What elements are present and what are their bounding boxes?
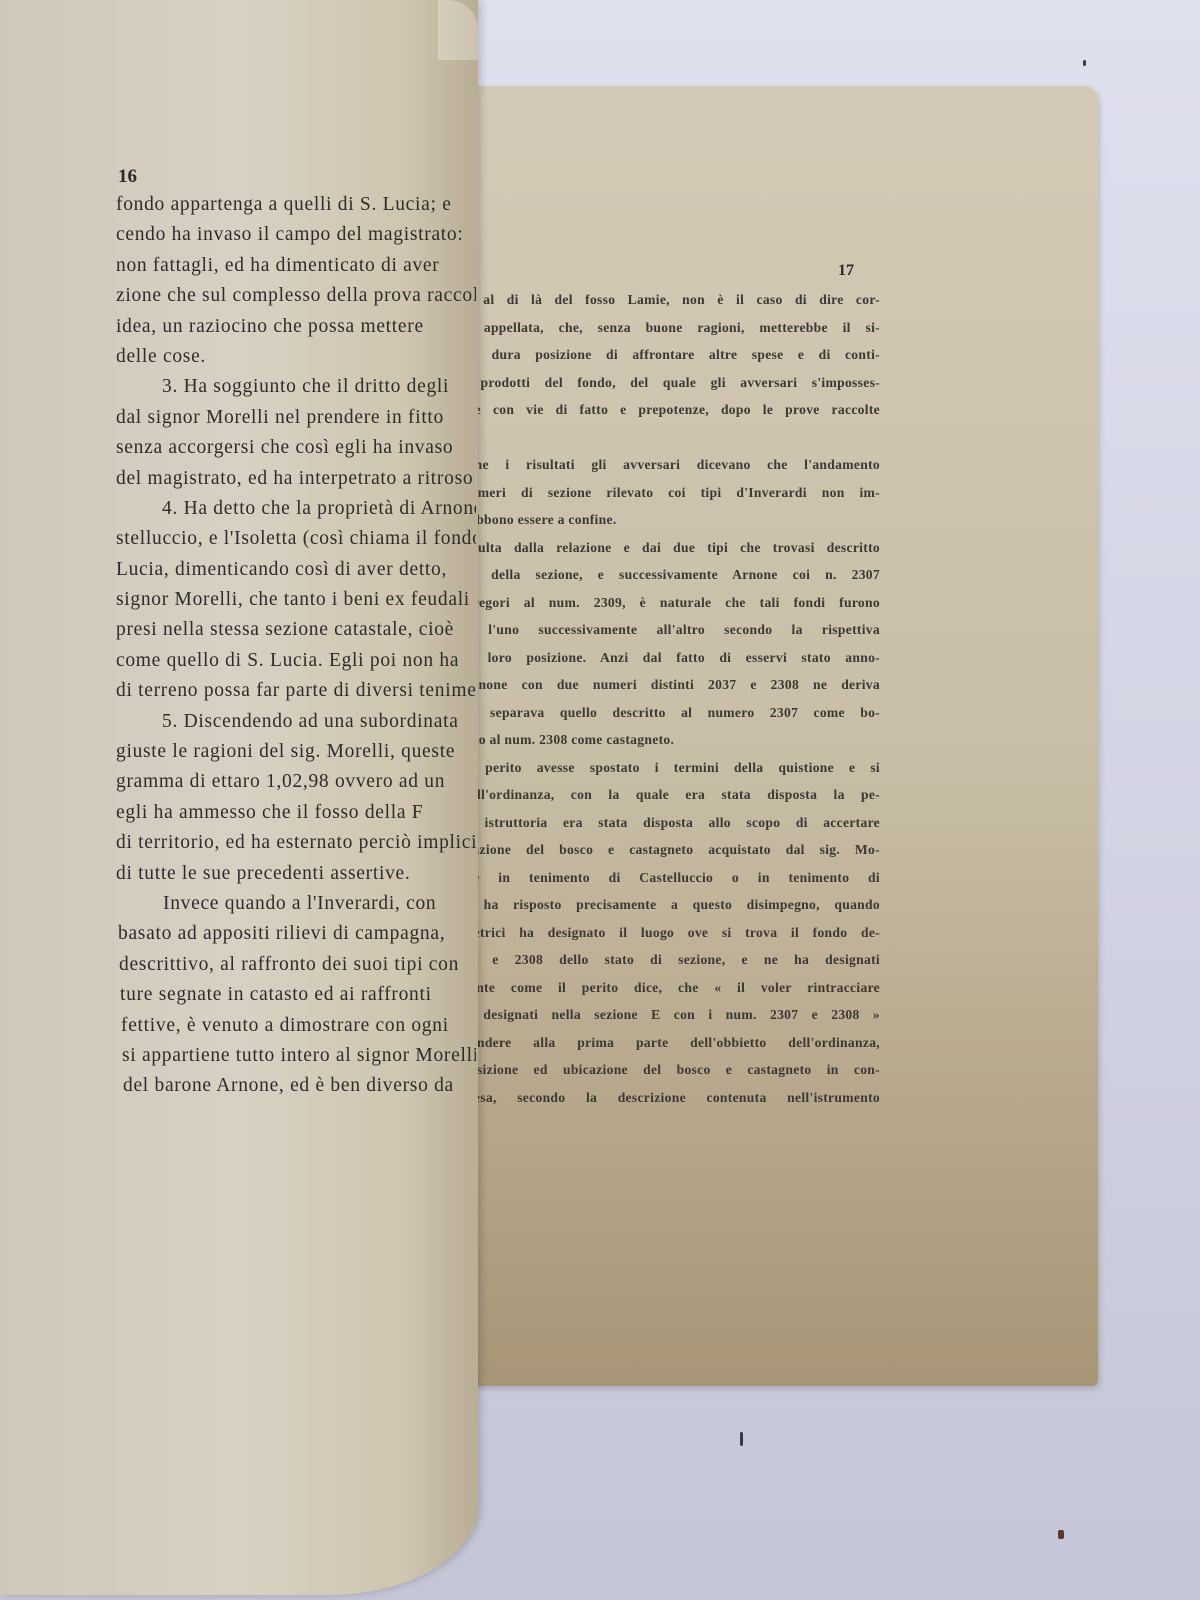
left-page-body: fondo appartenga a quelli di S. Lucia; e… bbox=[116, 190, 476, 1102]
text-line: 4. Ha detto che la proprietà di Arnone bbox=[116, 494, 476, 524]
right-page-body: ti al di là del fosso Lamie, non è il ca… bbox=[462, 286, 880, 1111]
text-line: non fattagli, ed ha dimenticato di aver bbox=[116, 251, 476, 281]
right-page-number: 17 bbox=[838, 262, 854, 280]
text-line: di territorio, ed ha esternato perciò im… bbox=[116, 828, 476, 858]
text-line: tato al num. 2308 come castagneto. bbox=[462, 726, 880, 754]
text-line: pondere alla prima parte dell'obbietto d… bbox=[462, 1029, 880, 1057]
text-line: lla dura posizione di affrontare altre s… bbox=[462, 341, 880, 369]
text-line: fettive, è venuto a dimostrare con ogni bbox=[121, 1011, 476, 1041]
text-line: o l'uno successivamente all'altro second… bbox=[462, 616, 880, 644]
text-line: a ha risposto precisamente a questo disi… bbox=[462, 891, 880, 919]
text-line: ti al di là del fosso Lamie, non è il ca… bbox=[462, 286, 880, 314]
text-line: debbono essere a confine. bbox=[462, 506, 880, 534]
text-line: delle cose. bbox=[116, 342, 476, 372]
text-line: Arnone con due numeri distinti 2037 e 23… bbox=[462, 671, 880, 699]
debris-mark bbox=[1058, 1530, 1064, 1539]
text-line: dall'ordinanza, con la quale era stata d… bbox=[462, 781, 880, 809]
text-line: gramma di ettaro 1,02,98 ovvero ad un bbox=[116, 767, 476, 797]
text-line: so separava quello descritto al numero 2… bbox=[462, 699, 880, 727]
text-line: sse in tenimento di Castelluccio o in te… bbox=[462, 864, 880, 892]
text-line: metrici ha designato il luogo ove si tro… bbox=[462, 919, 880, 947]
text-line: il perito avesse spostato i termini dell… bbox=[462, 754, 880, 782]
debris-mark bbox=[740, 1432, 743, 1446]
text-line: 07 e 2308 dello stato di sezione, e ne h… bbox=[462, 946, 880, 974]
text-line: cendo ha invaso il campo del magistrato: bbox=[116, 220, 476, 250]
text-line: numeri di sezione rilevato coi tipi d'In… bbox=[462, 479, 880, 507]
text-line: basato ad appositi rilievi di campagna, bbox=[118, 919, 476, 949]
text-line: stelluccio, e l'Isoletta (così chiama il… bbox=[116, 524, 476, 554]
text-line: a istruttoria era stata disposta allo sc… bbox=[462, 809, 880, 837]
text-line: risulta dalla relazione e dai due tipi c… bbox=[462, 534, 880, 562]
text-line: zione che sul complesso della prova racc… bbox=[116, 281, 476, 311]
text-line: erne i risultati gli avversari dicevano … bbox=[462, 451, 880, 479]
text-line: dente come il perito dice, che « il vole… bbox=[462, 974, 880, 1002]
text-line: 06 della sezione, e successivamente Arno… bbox=[462, 561, 880, 589]
text-line bbox=[462, 424, 880, 452]
text-line: egli ha ammesso che il fosso della F bbox=[116, 798, 476, 828]
text-line: Gregori al num. 2309, è naturale che tal… bbox=[462, 589, 880, 617]
text-line: Lucia, dimenticando così di aver detto, bbox=[116, 555, 476, 585]
text-line: li designati nella sezione E con i num. … bbox=[462, 1001, 880, 1029]
text-line: di terreno possa far parte di diversi te… bbox=[116, 676, 476, 706]
text-line: hiesa, secondo la descrizione contenuta … bbox=[462, 1084, 880, 1112]
text-line: come quello di S. Lucia. Egli poi non ha bbox=[116, 646, 476, 676]
text-line: Invece quando a l'Inverardi, con bbox=[117, 889, 476, 919]
text-line: descrittivo, al raffronto dei suoi tipi … bbox=[119, 950, 476, 980]
text-line: ture segnate in catasto ed ai raffronti bbox=[120, 980, 476, 1010]
text-line: signor Morelli, che tanto i beni ex feud… bbox=[116, 585, 476, 615]
text-line: nte con vie di fatto e prepotenze, dopo … bbox=[462, 396, 880, 424]
text-line: del magistrato, ed ha interpetrato a rit… bbox=[116, 464, 476, 494]
text-line: icazione del bosco e castagneto acquista… bbox=[462, 836, 880, 864]
text-line: dal signor Morelli nel prendere in fitto bbox=[116, 403, 476, 433]
text-line: idea, un raziocino che possa mettere bbox=[116, 312, 476, 342]
text-line: la loro posizione. Anzi dal fatto di ess… bbox=[462, 644, 880, 672]
text-line: 3. Ha soggiunto che il dritto degli bbox=[116, 372, 476, 402]
text-line: posizione ed ubicazione del bosco e cast… bbox=[462, 1056, 880, 1084]
text-line: 5. Discendendo ad una subordinata bbox=[116, 707, 476, 737]
text-line: senza accorgersi che così egli ha invaso bbox=[116, 433, 476, 463]
text-line: fondo appartenga a quelli di S. Lucia; e bbox=[116, 190, 476, 220]
text-line: a appellata, che, senza buone ragioni, m… bbox=[462, 314, 880, 342]
left-page-number: 16 bbox=[118, 166, 137, 188]
page-curl bbox=[438, 0, 478, 60]
text-line: del barone Arnone, ed è ben diverso da bbox=[123, 1071, 476, 1101]
text-line: di tutte le sue precedenti assertive. bbox=[116, 859, 476, 889]
text-line: giuste le ragioni del sig. Morelli, ques… bbox=[116, 737, 476, 767]
text-line: i prodotti del fondo, del quale gli avve… bbox=[462, 369, 880, 397]
text-line: presi nella stessa sezione catastale, ci… bbox=[116, 615, 476, 645]
text-line: si appartiene tutto intero al signor Mor… bbox=[122, 1041, 476, 1071]
debris-mark bbox=[1083, 60, 1086, 66]
